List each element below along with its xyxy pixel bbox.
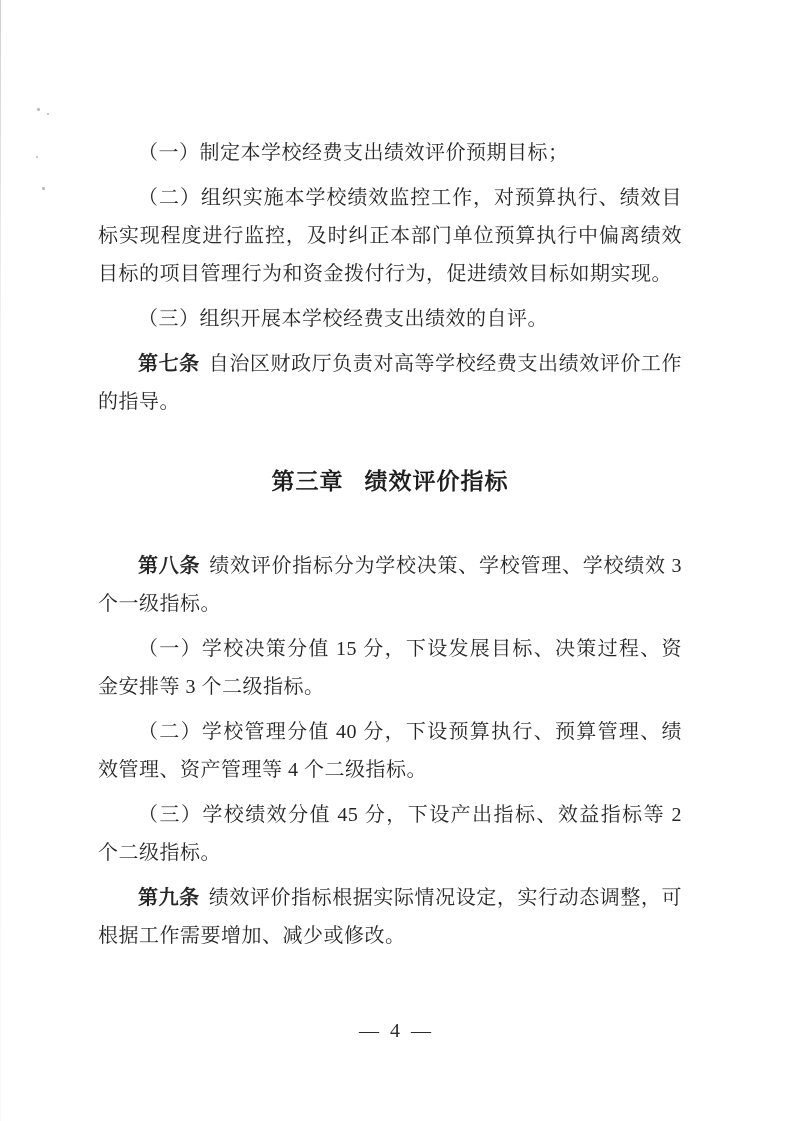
scan-edge-artifact (0, 0, 1, 1121)
page-number: — 4 — (0, 1020, 793, 1043)
scan-speckle (36, 156, 38, 158)
document-body: （一）制定本学校经费支出绩效评价预期目标；（二）组织实施本学校绩效监控工作，对预… (98, 134, 682, 962)
article-number: 第九条 (138, 887, 200, 909)
scan-speckle (37, 108, 40, 111)
paragraph: （一）制定本学校经费支出绩效评价预期目标； (98, 134, 682, 172)
article-number: 第八条 (138, 555, 200, 577)
paragraph: 第七条自治区财政厅负责对高等学校经费支出绩效评价工作的指导。 (98, 345, 682, 421)
paragraph: 第八条绩效评价指标分为学校决策、学校管理、学校绩效 3 个一级指标。 (98, 547, 682, 623)
chapter-heading: 第三章绩效评价指标 (98, 463, 682, 501)
paragraph: （三）组织开展本学校经费支出绩效的自评。 (98, 300, 682, 338)
paragraph: （二）学校管理分值 40 分，下设预算执行、预算管理、绩效管理、资产管理等 4 … (98, 713, 682, 789)
chapter-number: 第三章 (272, 469, 344, 495)
scan-speckle (42, 187, 45, 190)
scanned-document-page: （一）制定本学校经费支出绩效评价预期目标；（二）组织实施本学校绩效监控工作，对预… (0, 0, 793, 1121)
paragraph: （三）学校绩效分值 45 分，下设产出指标、效益指标等 2 个二级指标。 (98, 796, 682, 872)
article-number: 第七条 (138, 353, 200, 375)
paragraph: （一）学校决策分值 15 分，下设发展目标、决策过程、资金安排等 3 个二级指标… (98, 630, 682, 706)
paragraph: （二）组织实施本学校绩效监控工作，对预算执行、绩效目标实现程度进行监控，及时纠正… (98, 179, 682, 293)
paragraph: 第九条绩效评价指标根据实际情况设定，实行动态调整，可根据工作需要增加、减少或修改… (98, 879, 682, 955)
scan-speckle (47, 113, 49, 115)
